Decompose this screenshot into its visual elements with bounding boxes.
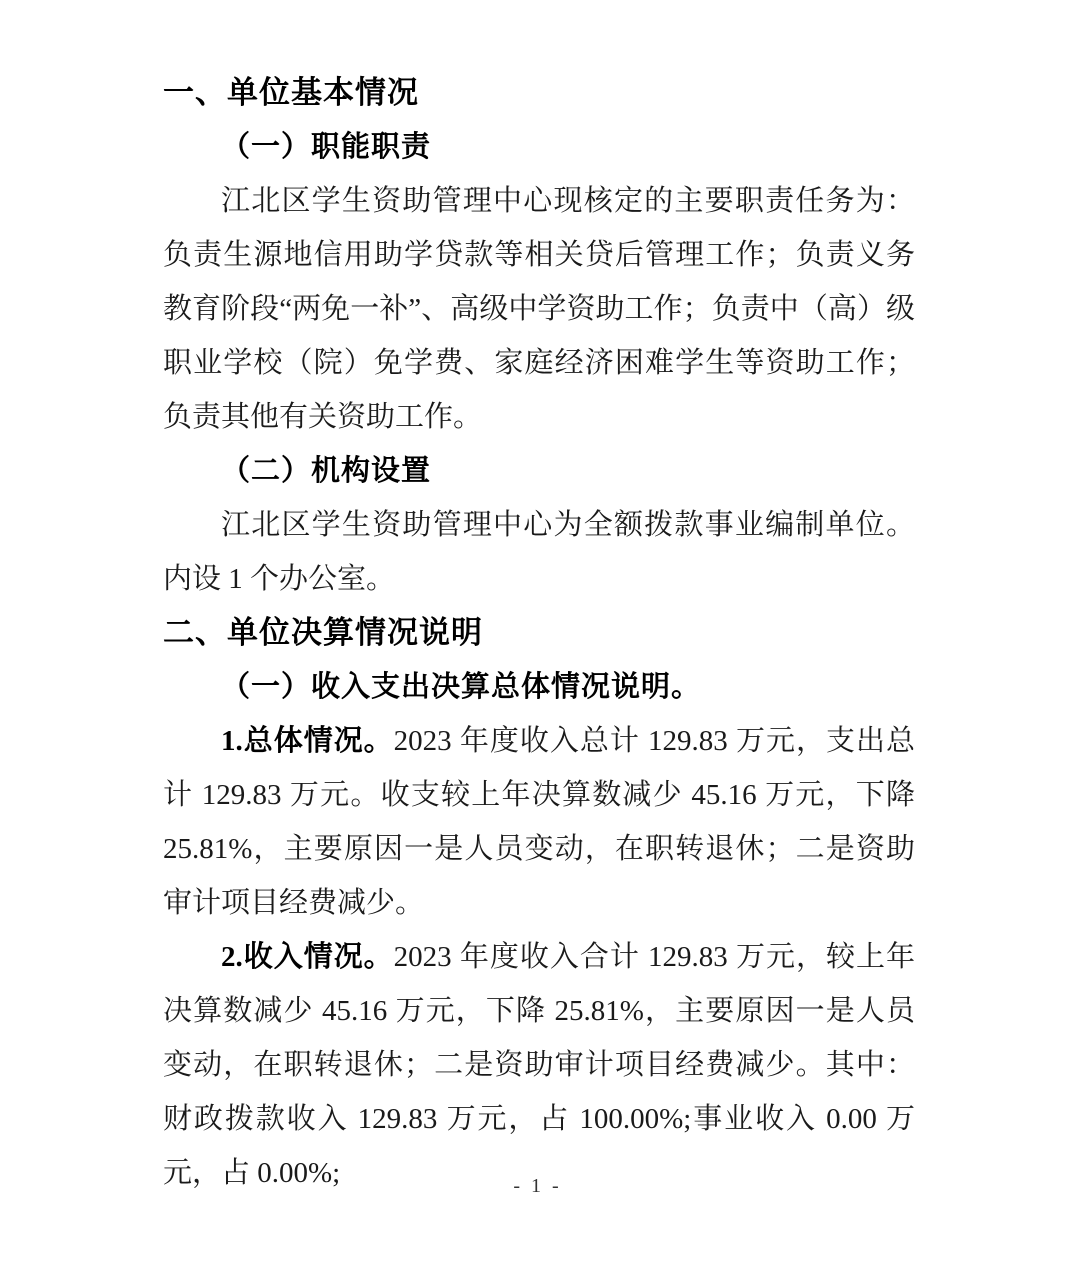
paragraph-income-situation: 2.收入情况。2023 年度收入合计 129.83 万元，较上年决算数减少 45… [163, 930, 915, 1200]
page-footer: - 1 - [0, 1172, 1075, 1200]
subsection-heading-duties: （一）职能职责 [163, 120, 915, 174]
section-heading-basic-info: 一、单位基本情况 [163, 66, 915, 120]
paragraph-lead-income-situation: 2.收入情况。 [221, 941, 394, 973]
document-body: 一、单位基本情况 （一）职能职责 江北区学生资助管理中心现核定的主要职责任务为：… [163, 66, 915, 1200]
section-heading-final-accounts: 二、单位决算情况说明 [163, 606, 915, 660]
paragraph-organization: 江北区学生资助管理中心为全额拨款事业编制单位。内设 1 个办公室。 [163, 498, 915, 606]
subsection-heading-organization: （二）机构设置 [163, 444, 915, 498]
paragraph-total-situation: 1.总体情况。2023 年度收入总计 129.83 万元，支出总计 129.83… [163, 714, 915, 930]
paragraph-duties: 江北区学生资助管理中心现核定的主要职责任务为：负责生源地信用助学贷款等相关贷后管… [163, 174, 915, 444]
page-number: - 1 - [513, 1175, 561, 1197]
paragraph-lead-total-situation: 1.总体情况。 [221, 725, 394, 757]
subsection-heading-overview: （一）收入支出决算总体情况说明。 [163, 660, 915, 714]
paragraph-text-income-situation: 2023 年度收入合计 129.83 万元，较上年决算数减少 45.16 万元，… [163, 941, 915, 1189]
document-page: 一、单位基本情况 （一）职能职责 江北区学生资助管理中心现核定的主要职责任务为：… [0, 0, 1075, 1287]
